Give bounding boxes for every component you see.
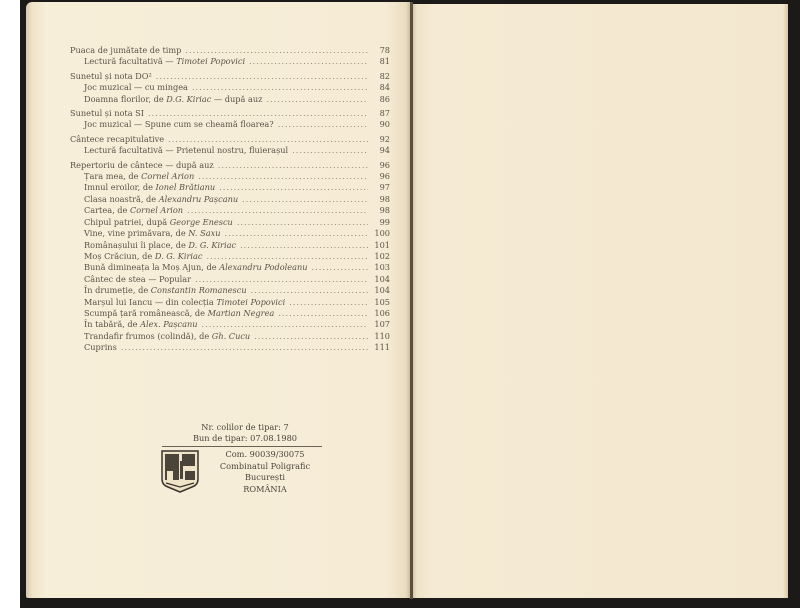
printer-city: București bbox=[205, 472, 325, 484]
dot-leader bbox=[249, 56, 368, 67]
dot-leader bbox=[289, 297, 368, 308]
dot-leader bbox=[278, 308, 368, 319]
toc-entry-title: Cuprins bbox=[84, 342, 117, 353]
printer-order-number: Com. 90039/30075 bbox=[205, 449, 325, 461]
toc-entry-title: Cântece recapitulative bbox=[70, 134, 164, 145]
toc-entry-page-number: 97 bbox=[372, 182, 390, 193]
toc-entry-author: Alexandru Pașcanu bbox=[159, 194, 238, 204]
toc-entry-page-number: 96 bbox=[372, 160, 390, 171]
toc-entry-author: D. G. Kiriac bbox=[188, 240, 236, 250]
toc-entry-title: Repertoriu de cântece — după auz bbox=[70, 160, 214, 171]
toc-entry-title: Trandafir frumos (colindă), de Gh. Cucu bbox=[84, 331, 250, 342]
toc-entry: Puaca de jumătate de timp78 bbox=[70, 45, 390, 56]
toc-entry-page-number: 78 bbox=[372, 45, 390, 56]
printer-name: Combinatul Poligrafic bbox=[205, 461, 325, 473]
dot-leader bbox=[192, 82, 368, 93]
dot-leader bbox=[202, 319, 368, 330]
toc-entry-title: Marșul lui Iancu — din colecția Timotei … bbox=[84, 297, 285, 308]
toc-entry: Doamna florilor, de D.G. Kiriac — după a… bbox=[70, 94, 390, 105]
printer-country: ROMÂNIA bbox=[205, 484, 325, 496]
toc-entry: Vine, vine primăvara, de N. Saxu100 bbox=[70, 228, 390, 239]
toc-entry-page-number: 106 bbox=[372, 308, 390, 319]
dot-leader bbox=[198, 171, 368, 182]
toc-entry-page-number: 94 bbox=[372, 145, 390, 156]
dot-leader bbox=[240, 240, 368, 251]
toc-entry-title: Vine, vine primăvara, de N. Saxu bbox=[84, 228, 221, 239]
dot-leader bbox=[292, 145, 368, 156]
toc-entry: Cântece recapitulative92 bbox=[70, 134, 390, 145]
toc-entry-title: Cântec de stea — Popular bbox=[84, 274, 191, 285]
toc-entry: Marșul lui Iancu — din colecția Timotei … bbox=[70, 297, 390, 308]
toc-entry-title: Clasa noastră, de Alexandru Pașcanu bbox=[84, 194, 238, 205]
imprint-divider bbox=[162, 446, 322, 447]
toc-entry-author: D.G. Kiriac bbox=[166, 94, 211, 104]
toc-entry-title: Țara mea, de Cornel Arion bbox=[84, 171, 194, 182]
dot-leader bbox=[254, 331, 368, 342]
toc-entry-author: Alex. Pașcanu bbox=[140, 319, 197, 329]
toc-entry-page-number: 107 bbox=[372, 319, 390, 330]
toc-entry-author: Cornel Arion bbox=[141, 171, 194, 181]
toc-entry-title: Imnul eroilor, de Ionel Brătianu bbox=[84, 182, 215, 193]
toc-entry: Chipul patriei, după George Enescu99 bbox=[70, 217, 390, 228]
toc-entry-page-number: 105 bbox=[372, 297, 390, 308]
toc-entry-page-number: 98 bbox=[372, 194, 390, 205]
table-of-contents: Puaca de jumătate de timp78Lectură facul… bbox=[70, 45, 390, 354]
toc-entry-title: Chipul patriei, după George Enescu bbox=[84, 217, 233, 228]
toc-entry-page-number: 90 bbox=[372, 119, 390, 130]
toc-entry-page-number: 82 bbox=[372, 71, 390, 82]
toc-entry: Sunetul și nota DO²82 bbox=[70, 71, 390, 82]
toc-entry-title: Puaca de jumătate de timp bbox=[70, 45, 181, 56]
toc-entry-title: Joc muzical — cu mingea bbox=[84, 82, 188, 93]
toc-entry-author: Martian Negrea bbox=[208, 308, 275, 318]
toc-entry: Scumpă țară românească, de Martian Negre… bbox=[70, 308, 390, 319]
dot-leader bbox=[168, 134, 368, 145]
toc-entry: În drumeție, de Constantin Romanescu104 bbox=[70, 285, 390, 296]
toc-entry-title: Lectură facultativă — Timotei Popovici bbox=[84, 56, 245, 67]
toc-entry: Joc muzical — cu mingea84 bbox=[70, 82, 390, 93]
imprint-print-date: Bun de tipar: 07.08.1980 bbox=[160, 433, 330, 444]
toc-entry-author: D. G. Kiriac bbox=[155, 251, 203, 261]
toc-entry-title: Sunetul și nota DO² bbox=[70, 71, 152, 82]
dot-leader bbox=[148, 108, 368, 119]
dot-leader bbox=[185, 45, 368, 56]
dot-leader bbox=[278, 119, 368, 130]
toc-entry-page-number: 104 bbox=[372, 274, 390, 285]
toc-entry: Imnul eroilor, de Ionel Brătianu97 bbox=[70, 182, 390, 193]
printer-info: Com. 90039/30075 Combinatul Poligrafic B… bbox=[205, 449, 325, 495]
toc-entry-title: Românașului îi place, de D. G. Kiriac bbox=[84, 240, 236, 251]
toc-entry-title: Joc muzical — Spune cum se cheamă floare… bbox=[84, 119, 274, 130]
dot-leader bbox=[312, 262, 368, 273]
toc-entry-page-number: 98 bbox=[372, 205, 390, 216]
toc-entry-author: George Enescu bbox=[170, 217, 233, 227]
toc-entry-page-number: 102 bbox=[372, 251, 390, 262]
toc-entry-page-number: 103 bbox=[372, 262, 390, 273]
toc-entry: Moș Crăciun, de D. G. Kiriac102 bbox=[70, 251, 390, 262]
dot-leader bbox=[219, 182, 368, 193]
dot-leader bbox=[225, 228, 368, 239]
toc-entry-title: Doamna florilor, de D.G. Kiriac — după a… bbox=[84, 94, 262, 105]
toc-entry-title: Bună dimineața la Moș Ajun, de Alexandru… bbox=[84, 262, 308, 273]
printer-logo-icon bbox=[160, 449, 200, 493]
toc-entry: Clasa noastră, de Alexandru Pașcanu98 bbox=[70, 194, 390, 205]
toc-entry-page-number: 111 bbox=[372, 342, 390, 353]
toc-entry-page-number: 84 bbox=[372, 82, 390, 93]
toc-entry-page-number: 99 bbox=[372, 217, 390, 228]
toc-entry-title: Moș Crăciun, de D. G. Kiriac bbox=[84, 251, 203, 262]
toc-entry-page-number: 104 bbox=[372, 285, 390, 296]
toc-entry: Repertoriu de cântece — după auz96 bbox=[70, 160, 390, 171]
toc-entry: Lectură facultativă — Timotei Popovici81 bbox=[70, 56, 390, 67]
toc-entry-title: Scumpă țară românească, de Martian Negre… bbox=[84, 308, 274, 319]
toc-entry-page-number: 86 bbox=[372, 94, 390, 105]
imprint-sheets: Nr. colilor de tipar: 7 bbox=[160, 422, 330, 433]
toc-entry-page-number: 92 bbox=[372, 134, 390, 145]
toc-entry-page-number: 110 bbox=[372, 331, 390, 342]
toc-entry-title: Cartea, de Cornel Arion bbox=[84, 205, 183, 216]
dot-leader bbox=[187, 205, 368, 216]
toc-entry: Țara mea, de Cornel Arion96 bbox=[70, 171, 390, 182]
dot-leader bbox=[156, 71, 368, 82]
dot-leader bbox=[242, 194, 368, 205]
dot-leader bbox=[237, 217, 368, 228]
dot-leader bbox=[251, 285, 368, 296]
toc-entry: Trandafir frumos (colindă), de Gh. Cucu1… bbox=[70, 331, 390, 342]
toc-entry-title: Lectură facultativă — Prietenul nostru, … bbox=[84, 145, 288, 156]
toc-entry-author: Timotei Popovici bbox=[176, 56, 245, 66]
imprint-block: Nr. colilor de tipar: 7 Bun de tipar: 07… bbox=[160, 422, 330, 444]
dot-leader bbox=[121, 342, 368, 353]
toc-entry-title: În tabără, de Alex. Pașcanu bbox=[84, 319, 198, 330]
toc-entry-page-number: 96 bbox=[372, 171, 390, 182]
toc-entry-page-number: 81 bbox=[372, 56, 390, 67]
toc-entry-page-number: 101 bbox=[372, 240, 390, 251]
right-page-blank bbox=[413, 4, 788, 598]
toc-entry: Joc muzical — Spune cum se cheamă floare… bbox=[70, 119, 390, 130]
toc-entry: Bună dimineața la Moș Ajun, de Alexandru… bbox=[70, 262, 390, 273]
toc-entry-title: Sunetul și nota SI bbox=[70, 108, 144, 119]
toc-entry-author: N. Saxu bbox=[188, 228, 220, 238]
dot-leader bbox=[218, 160, 368, 171]
toc-entry-author: Constantin Romanescu bbox=[151, 285, 247, 295]
dot-leader bbox=[266, 94, 368, 105]
toc-entry-page-number: 87 bbox=[372, 108, 390, 119]
toc-entry-author: Ionel Brătianu bbox=[156, 182, 216, 192]
toc-entry-author: Timotei Popovici bbox=[216, 297, 285, 307]
toc-entry: Cuprins111 bbox=[70, 342, 390, 353]
toc-entry-title: În drumeție, de Constantin Romanescu bbox=[84, 285, 247, 296]
toc-entry-page-number: 100 bbox=[372, 228, 390, 239]
toc-entry: Lectură facultativă — Prietenul nostru, … bbox=[70, 145, 390, 156]
toc-entry: Sunetul și nota SI87 bbox=[70, 108, 390, 119]
toc-entry-author: Gh. Cucu bbox=[212, 331, 250, 341]
toc-entry-author: Cornel Arion bbox=[130, 205, 183, 215]
toc-entry: Cântec de stea — Popular104 bbox=[70, 274, 390, 285]
toc-entry: În tabără, de Alex. Pașcanu107 bbox=[70, 319, 390, 330]
toc-entry: Românașului îi place, de D. G. Kiriac101 bbox=[70, 240, 390, 251]
toc-entry: Cartea, de Cornel Arion98 bbox=[70, 205, 390, 216]
toc-entry-author: Alexandru Podoleanu bbox=[219, 262, 307, 272]
dot-leader bbox=[195, 274, 368, 285]
dot-leader bbox=[207, 251, 369, 262]
